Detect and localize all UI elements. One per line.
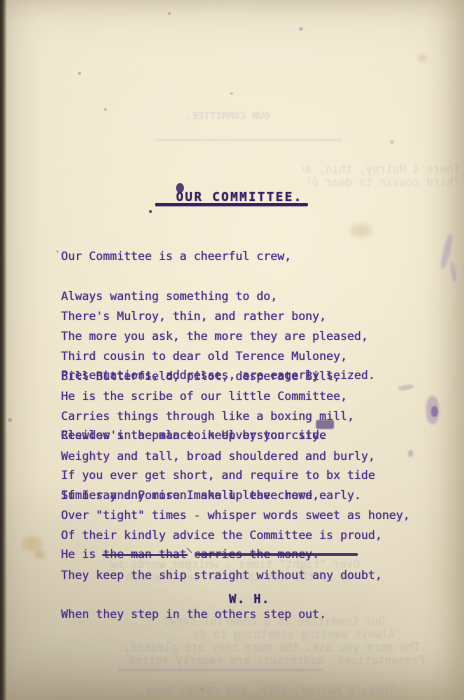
paper-speck bbox=[390, 140, 394, 144]
poem-line: Clewlow's the man to keep by your side bbox=[61, 429, 410, 442]
paper-speck bbox=[168, 12, 171, 15]
ghost-bleedthrough-text: Third cousin to dear old Terence Muloney… bbox=[308, 176, 460, 189]
ink-cross-mark bbox=[187, 548, 192, 553]
paper-speck bbox=[200, 688, 204, 691]
ink-smudge bbox=[431, 406, 438, 417]
ink-dot bbox=[149, 210, 152, 213]
document-photo: OUR COMMITTEE. There's Mulroy, thin, and… bbox=[0, 0, 464, 700]
poem-line: There's Mulroy, thin, and rather bony, bbox=[61, 310, 347, 323]
paper-stain bbox=[34, 550, 45, 559]
poem-line: Our Committee is a cheerful crew, bbox=[61, 250, 375, 263]
paper-speck bbox=[78, 72, 81, 75]
poem-line: Of their kindly advice the Committee is … bbox=[61, 529, 382, 542]
closing-rule-left bbox=[102, 554, 188, 556]
paper-speck bbox=[8, 418, 12, 422]
poem-line: Bill Butterfield, pilot, desperate Bill, bbox=[61, 370, 375, 383]
poem-line: Sumner and Porison make up the crowd, bbox=[61, 489, 382, 502]
paper-speck bbox=[104, 108, 107, 111]
paper-speck bbox=[299, 27, 303, 31]
ghost-rule bbox=[155, 139, 341, 141]
closing-rule-right bbox=[196, 553, 358, 556]
ghost-bleedthrough-text: Presentations, addresses, are eagerly se… bbox=[95, 654, 425, 667]
pencil-mark bbox=[398, 384, 415, 391]
poem-line: They keep the ship straight without any … bbox=[61, 569, 382, 582]
ink-smudge bbox=[449, 262, 457, 283]
title-underline bbox=[155, 203, 308, 206]
poem-line: When they step in the others step out. bbox=[61, 608, 382, 621]
page-edge-shadow bbox=[0, 0, 7, 700]
ghost-bleedthrough-text: There's Mulroy, thin, and rather bony, bbox=[302, 163, 460, 176]
paper-stain bbox=[418, 54, 427, 62]
ghost-rule bbox=[118, 669, 323, 671]
paper-speck bbox=[230, 92, 233, 95]
paper-stain bbox=[22, 536, 42, 551]
paper-speck bbox=[56, 250, 59, 253]
ghost-bleedthrough-text: OUR COMMITTEE. bbox=[160, 110, 270, 123]
ghost-bleedthrough-text: There's Mulroy, thin, and rather bony, bbox=[95, 684, 395, 697]
typewriter-overstrike bbox=[316, 420, 334, 429]
author-initials: W. H. bbox=[229, 592, 270, 606]
